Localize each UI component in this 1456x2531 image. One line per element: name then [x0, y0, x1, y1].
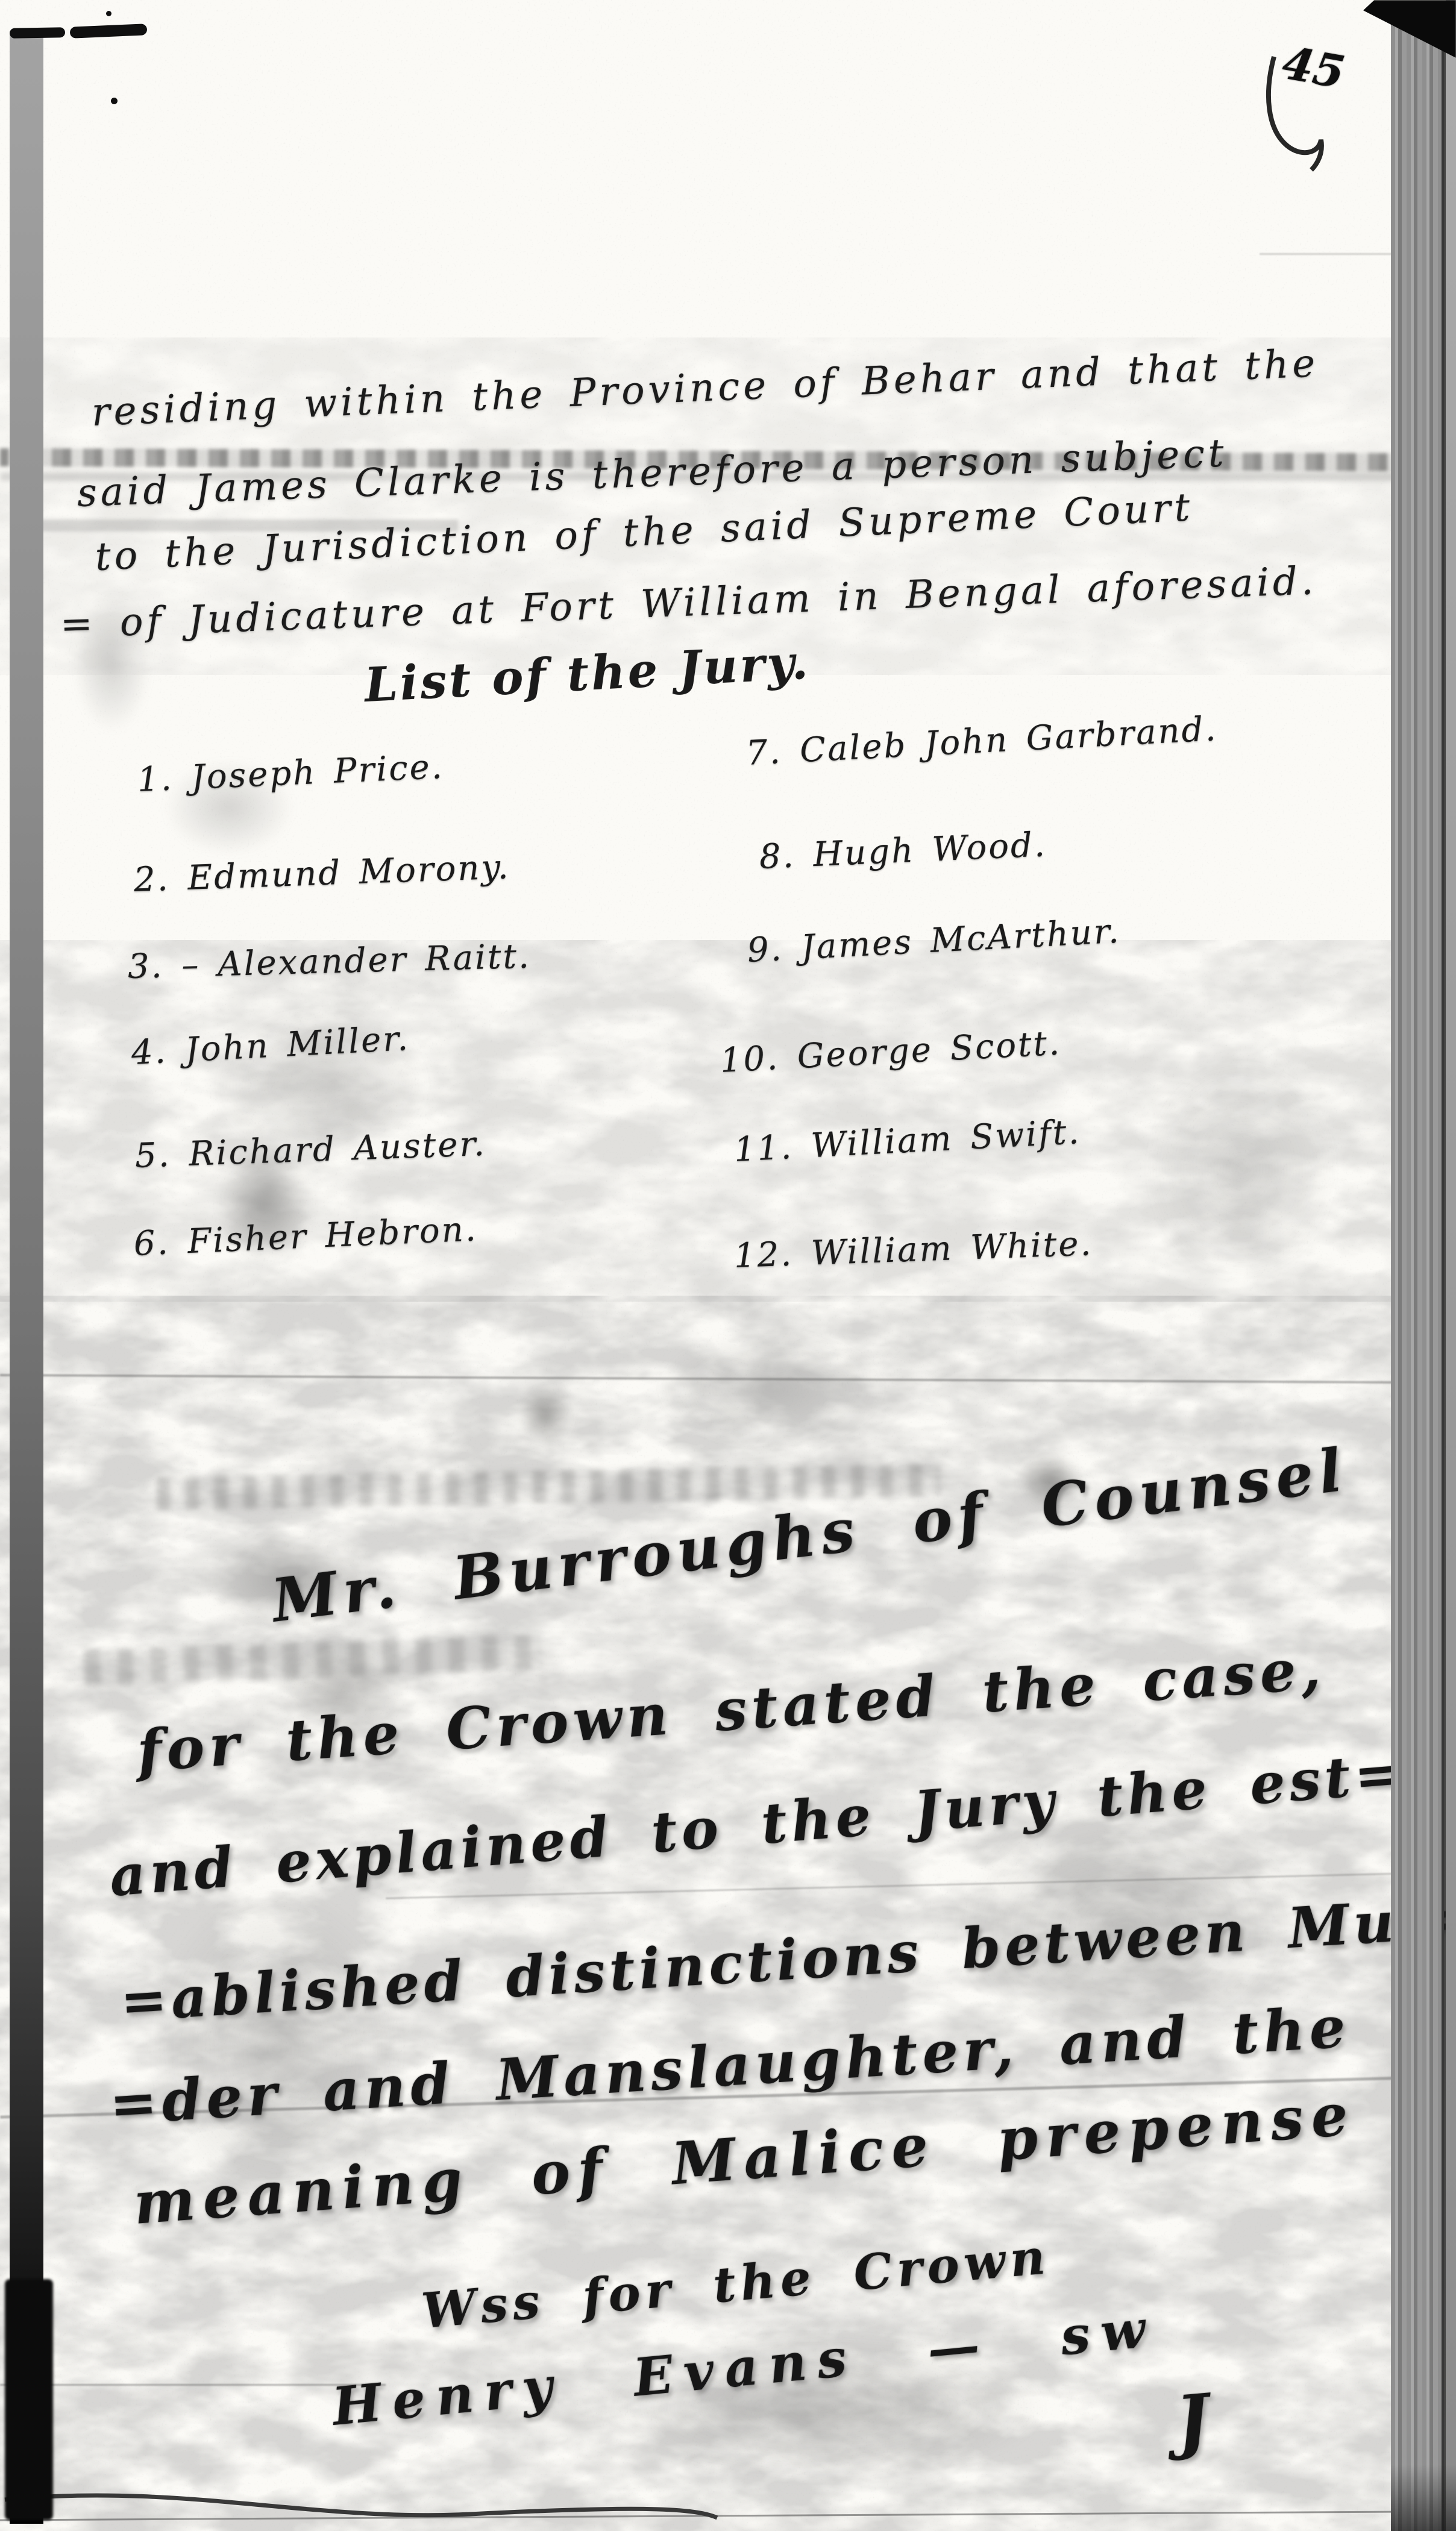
scanned-document-page: 45 residing within the Province of Behar…: [0, 0, 1456, 2531]
jury-number: 2.: [133, 859, 171, 900]
jury-number: 10.: [719, 1038, 780, 1080]
jury-number: 6.: [133, 1223, 171, 1264]
jury-list-item: 2.Edmund Morony.: [133, 847, 511, 900]
right-page-edge: [1446, 0, 1456, 2531]
left-edge-dark-foot: [5, 2279, 53, 2520]
jury-number: 5.: [134, 1135, 172, 1176]
jury-name: Richard Auster.: [188, 1124, 487, 1174]
jury-name: Caleb John Garbrand.: [799, 709, 1219, 770]
jury-name: John Miller.: [184, 1019, 411, 1070]
ink-speck: [106, 11, 111, 16]
jury-name: Joseph Price.: [190, 747, 445, 797]
ink-smudge: [506, 1369, 585, 1460]
jury-name: Hugh Wood.: [812, 825, 1047, 874]
bottom-crease-curve: [0, 2471, 1410, 2531]
signature-flourish: J: [1173, 2379, 1213, 2463]
jury-number: 9.: [746, 929, 784, 970]
left-page-edge-band: [10, 31, 43, 2524]
ink-smudge: [1115, 1024, 1368, 1314]
jury-list-item: 7.Caleb John Garbrand.: [745, 709, 1218, 773]
jury-name: James McArthur.: [800, 912, 1122, 968]
top-edge-ink-streak: [70, 24, 148, 39]
jury-name: Fisher Hebron.: [187, 1209, 479, 1261]
ink-smudge: [615, 1308, 928, 1470]
jury-list-heading: List of the Jury.: [363, 635, 812, 713]
jury-list-item: 4.John Miller.: [130, 1019, 410, 1073]
jury-number: 7.: [745, 732, 783, 773]
page-crease: [0, 2384, 386, 2386]
jury-list-item: 5.Richard Auster.: [134, 1124, 487, 1176]
jury-number: 4.: [130, 1032, 168, 1073]
jury-number: 8.: [759, 836, 796, 877]
page-crease: [1260, 253, 1392, 255]
jury-number: 11.: [733, 1128, 794, 1170]
jury-number: 1.: [137, 759, 174, 800]
jury-name: Edmund Morony.: [187, 847, 510, 898]
right-gutter-bottom-shadow: [1391, 2465, 1456, 2531]
right-gutter-dark-line: [1442, 18, 1446, 2531]
page-number-flourish: [1263, 51, 1341, 177]
jury-name: – Alexander Raitt.: [181, 937, 532, 985]
page-crease: [386, 1872, 1404, 1899]
jury-list-item: 10.George Scott.: [719, 1023, 1062, 1080]
jury-list-item: 1.Joseph Price.: [137, 747, 445, 800]
jury-list-item: 11.William Swift.: [733, 1112, 1081, 1170]
jury-list-item: 8.Hugh Wood.: [759, 825, 1047, 877]
faded-text-smudge: [84, 1634, 543, 1686]
top-edge-ink-streak: [10, 27, 65, 39]
page-crease: [0, 1374, 1410, 1384]
jury-number: 12.: [733, 1235, 794, 1276]
jury-name: William Swift.: [810, 1112, 1082, 1165]
ink-smudge: [58, 566, 166, 759]
jury-name: William White.: [811, 1224, 1093, 1273]
body-line: residing within the Province of Behar an…: [91, 341, 1320, 435]
ink-speck: [111, 98, 118, 104]
jury-list-item: 6.Fisher Hebron.: [133, 1209, 479, 1264]
right-gutter-band: [1391, 17, 1444, 2531]
jury-list-item: 3.– Alexander Raitt.: [127, 937, 531, 986]
jury-name: George Scott.: [796, 1023, 1062, 1076]
counsel-paragraph-line: Mr. Burroughs of Counsel: [268, 1435, 1351, 1636]
jury-list-item: 9.James McArthur.: [746, 912, 1122, 970]
jury-number: 3.: [127, 946, 164, 986]
jury-list-item: 12.William White.: [733, 1224, 1093, 1276]
